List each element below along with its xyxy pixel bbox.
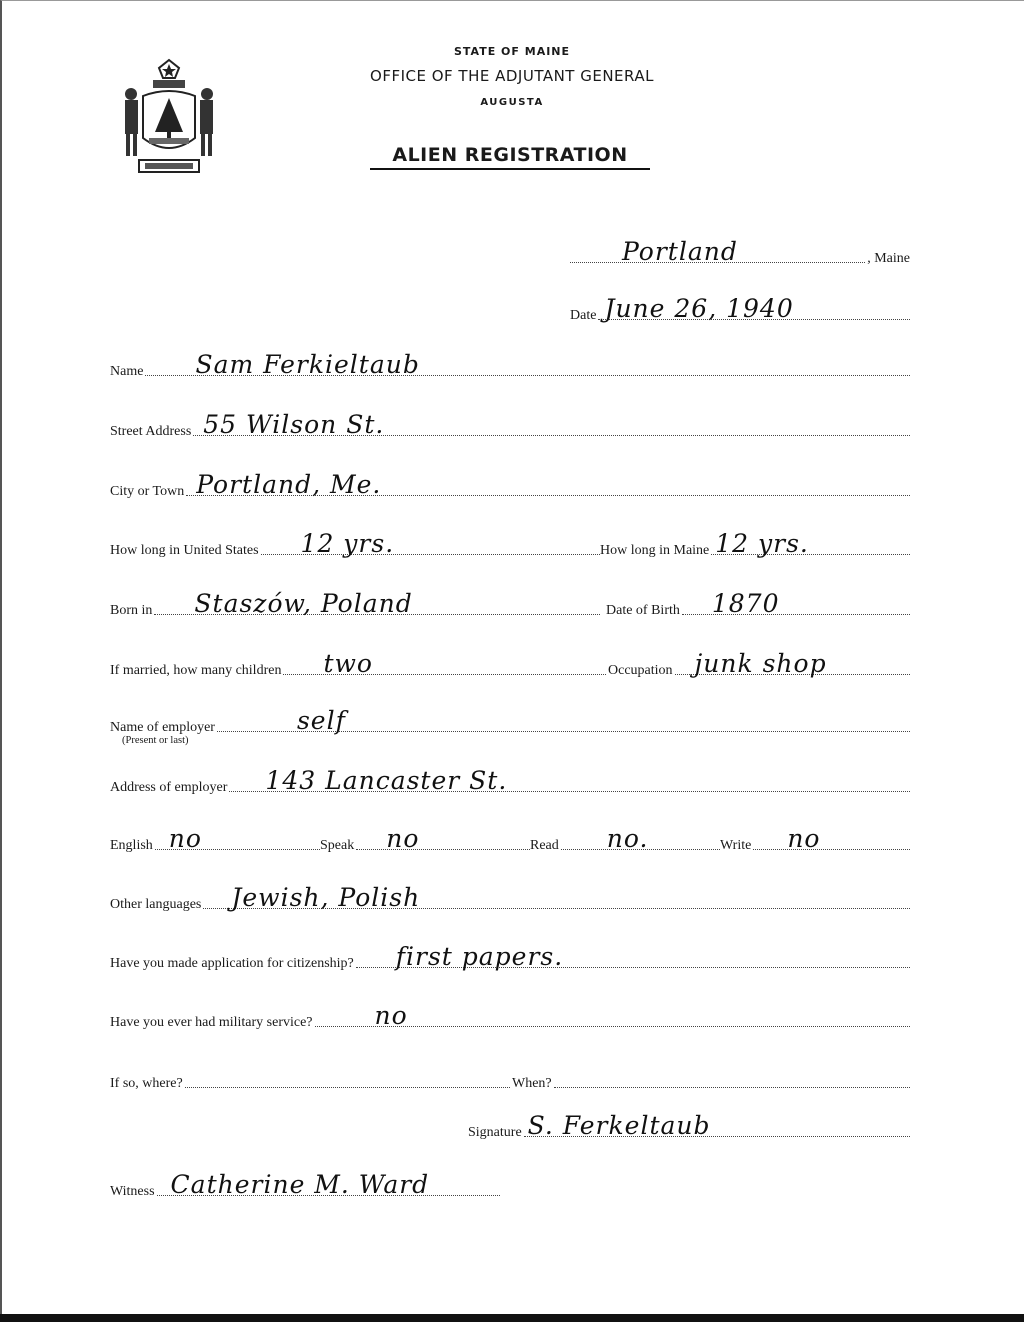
street-value: 55 Wilson St. — [203, 410, 384, 439]
maine-duration-field: How long in Maine 12 yrs. — [600, 535, 910, 559]
witness-field: Witness Catherine M. Ward — [110, 1176, 500, 1200]
write-field: Write no — [720, 830, 910, 854]
employer-address-label: Address of employer — [110, 780, 229, 796]
citizenship-value: first papers. — [396, 942, 563, 971]
children-label: If married, how many children — [110, 663, 283, 679]
signature-field: Signature S. Ferkeltaub — [468, 1117, 910, 1141]
street-label: Street Address — [110, 424, 193, 440]
employer-label: Name of employer — [110, 720, 217, 736]
scan-edge — [0, 1314, 1024, 1322]
city-heading: AUGUSTA — [0, 97, 1024, 108]
write-label: Write — [720, 838, 753, 854]
name-label: Name — [110, 364, 145, 380]
english-field: English no — [110, 830, 320, 854]
place-value: Portland — [622, 237, 738, 266]
read-label: Read — [530, 838, 561, 854]
signature-value: S. Ferkeltaub — [528, 1111, 711, 1140]
english-value: no — [169, 824, 202, 853]
military-value: no — [375, 1001, 408, 1030]
office-heading: OFFICE OF THE ADJUTANT GENERAL — [0, 67, 1024, 85]
us-duration-value: 12 yrs. — [301, 529, 395, 558]
where-field: If so, where? — [110, 1068, 510, 1092]
dob-label: Date of Birth — [606, 603, 682, 619]
employer-field: Name of employer self — [110, 712, 910, 736]
name-value: Sam Ferkieltaub — [195, 350, 419, 379]
signature-label: Signature — [468, 1125, 524, 1141]
children-value: two — [323, 649, 373, 678]
military-field: Have you ever had military service? no — [110, 1007, 910, 1031]
employer-address-field: Address of employer 143 Lancaster St. — [110, 772, 910, 796]
born-in-label: Born in — [110, 603, 154, 619]
speak-label: Speak — [320, 838, 356, 854]
name-field: Name Sam Ferkieltaub — [110, 356, 910, 380]
speak-value: no — [386, 824, 419, 853]
children-field: If married, how many children two — [110, 655, 606, 679]
city-field: City or Town Portland, Me. — [110, 476, 910, 500]
read-field: Read no. — [530, 830, 720, 854]
other-languages-label: Other languages — [110, 897, 203, 913]
form-title: ALIEN REGISTRATION — [370, 144, 650, 170]
speak-field: Speak no — [320, 830, 530, 854]
maine-duration-label: How long in Maine — [600, 543, 711, 559]
born-in-field: Born in Staszów, Poland — [110, 595, 600, 619]
military-label: Have you ever had military service? — [110, 1015, 315, 1031]
citizenship-field: Have you made application for citizenshi… — [110, 948, 910, 972]
occupation-label: Occupation — [608, 663, 675, 679]
witness-value: Catherine M. Ward — [171, 1170, 430, 1199]
dob-value: 1870 — [712, 589, 780, 618]
city-value: Portland, Me. — [196, 470, 381, 499]
born-in-value: Staszów, Poland — [194, 589, 412, 618]
us-duration-field: How long in United States 12 yrs. — [110, 535, 600, 559]
date-label: Date — [570, 308, 598, 324]
write-value: no — [787, 824, 820, 853]
where-label: If so, where? — [110, 1076, 185, 1092]
place-field: Portland , Maine — [570, 243, 910, 267]
date-value: June 26, 1940 — [604, 294, 793, 323]
citizenship-label: Have you made application for citizenshi… — [110, 956, 356, 972]
read-value: no. — [607, 824, 649, 853]
place-suffix: , Maine — [865, 251, 910, 267]
other-languages-value: Jewish, Polish — [231, 883, 420, 912]
dob-field: Date of Birth 1870 — [606, 595, 910, 619]
city-label: City or Town — [110, 484, 186, 500]
employer-address-value: 143 Lancaster St. — [265, 766, 507, 795]
us-duration-label: How long in United States — [110, 543, 261, 559]
maine-duration-value: 12 yrs. — [715, 529, 809, 558]
employer-sublabel: (Present or last) — [122, 735, 188, 746]
english-label: English — [110, 838, 155, 854]
date-field: Date June 26, 1940 — [570, 300, 910, 324]
occupation-field: Occupation junk shop — [608, 655, 910, 679]
state-heading: STATE OF MAINE — [0, 45, 1024, 58]
when-field: When? — [512, 1068, 910, 1092]
when-label: When? — [512, 1076, 554, 1092]
street-field: Street Address 55 Wilson St. — [110, 416, 910, 440]
witness-label: Witness — [110, 1184, 157, 1200]
employer-value: self — [297, 706, 346, 735]
other-languages-field: Other languages Jewish, Polish — [110, 889, 910, 913]
occupation-value: junk shop — [695, 649, 827, 678]
